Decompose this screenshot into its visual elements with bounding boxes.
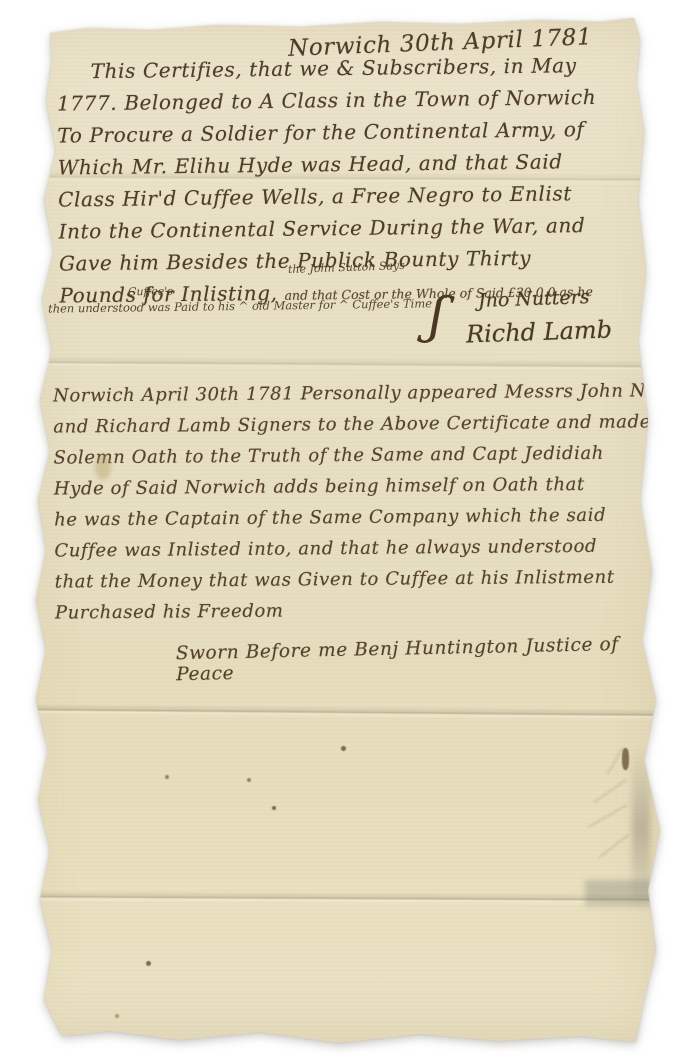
attestation-paragraph: Norwich April 30th 1781 Personally appea… <box>53 375 641 628</box>
manuscript-line: Hyde of Said Norwich adds being himself … <box>54 468 640 504</box>
certificate-paragraph: This Certifies, that we & Subscribers, i… <box>56 48 639 314</box>
ink-spot <box>247 778 251 782</box>
manuscript-line: Cuffee was Inlisted into, and that he al… <box>54 530 640 566</box>
manuscript-line: that the Money that was Given to Cuffee … <box>55 561 641 597</box>
manuscript-line: Solemn Oath to the Truth of the Same and… <box>53 437 639 473</box>
ink-spot <box>272 806 276 810</box>
ink-spot <box>165 775 169 779</box>
interlinear-insertion-word: Cuffee's <box>128 286 173 299</box>
stain <box>95 454 111 480</box>
photo-frame: Norwich 30th April 1781 This Certifies, … <box>0 0 680 1059</box>
manuscript-line: and Richard Lamb Signers to the Above Ce… <box>53 406 639 442</box>
manuscript-paper: Norwich 30th April 1781 This Certifies, … <box>0 0 680 1059</box>
manuscript-line: he was the Captain of the Same Company w… <box>54 499 640 535</box>
ink-spot <box>146 961 151 966</box>
signature-richd-lamb: Richd Lamb <box>466 315 613 348</box>
manuscript-line: Purchased his Freedom <box>55 592 641 628</box>
ink-spot <box>115 1014 119 1018</box>
red-mark <box>33 56 41 70</box>
manuscript-photo: Norwich 30th April 1781 This Certifies, … <box>0 0 680 1059</box>
edge-smudge <box>632 745 650 910</box>
signature-jno-nutters: Jno Nutters <box>478 286 590 312</box>
ink-streak <box>622 748 629 770</box>
ink-spot <box>341 746 346 751</box>
manuscript-line: Norwich April 30th 1781 Personally appea… <box>53 375 639 411</box>
